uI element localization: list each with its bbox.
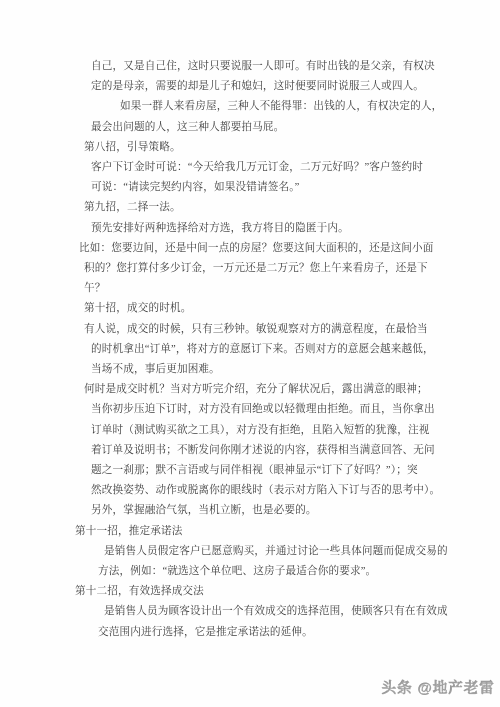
text-line: 交范围内进行选择，它是推定承诺法的延伸。	[98, 623, 500, 643]
text-line: 题之一刹那；默不言语或与同伴相视（眼神显示“订下了好吗？”）；突	[91, 461, 500, 481]
text-line: 另外，掌握融洽气氛，当机立断，也是必要的。	[91, 501, 500, 521]
text-line: 积的？您打算付多少订金，一万元还是二万元？您上午来看房子，还是下	[84, 259, 500, 279]
text-line: 第九招，二择一法。	[84, 198, 500, 218]
text-line: 午？	[84, 279, 500, 299]
text-line: 客户下订金时可说：“今天给我几万元订金，二万元好吗？”客户签约时	[91, 158, 500, 178]
text-line: 第八招，引导策略。	[84, 138, 500, 158]
text-line: 方法，例如：“就选这个单位吧、这房子最适合你的要求”。	[98, 562, 500, 582]
text-line: 比如：您要边间，还是中间一点的房屋？您要这间大面积的，还是这间小面	[79, 239, 500, 259]
text-line: 自己，又是自己住，这时只要说服一人即可。有时出钱的是父亲，有权决	[91, 57, 500, 77]
text-line: 可说：“请读完契约内容，如果没错请签名。”	[91, 178, 500, 198]
text-line: 当你初步压迫下订时，对方没有回绝或以轻微理由拒绝。而且，当你拿出	[91, 400, 500, 420]
watermark: 头条 @地产老雷	[382, 677, 495, 698]
text-line: 最会出问题的人，这三种人都要拍马屁。	[91, 118, 500, 138]
text-line: 当场不成，事后更加困难。	[91, 360, 500, 380]
text-line: 第十一招，推定承诺法	[75, 522, 500, 542]
text-line: 预先安排好两种选择给对方选，我方将目的隐匿于内。	[91, 219, 500, 239]
text-line: 然改换姿势、动作或脱离你的眼线时（表示对方陷入下订与否的思考中）。	[91, 481, 500, 501]
document-page: 自己，又是自己住，这时只要说服一人即可。有时出钱的是父亲，有权决定的是母亲，需要…	[0, 0, 500, 707]
text-line: 第十二招，有效选择成交法	[75, 582, 500, 602]
text-line: 是销售人员假定客户已愿意购买，并通过讨论一些具体问题而促成交易的	[104, 542, 500, 562]
text-line: 何时是成交时机？当对方听完介绍，充分了解状况后，露出满意的眼神；	[84, 380, 500, 400]
text-line: 定的是母亲，需要的却是儿子和媳妇，这时便要同时说服三人或四人。	[91, 77, 500, 97]
text-line: 着订单及说明书；不断发问你刚才述说的内容，获得相当满意回答、无问	[91, 441, 500, 461]
text-line: 订单时（测试购买欲之工具），对方没有拒绝，且陷入短暂的犹豫，注视	[91, 421, 500, 441]
text-line: 的时机拿出“订单”，将对方的意愿订下来。否则对方的意愿会越来越低，	[91, 340, 500, 360]
text-line: 如果一群人来看房屋，三种人不能得罪：出钱的人，有权决定的人，	[120, 97, 500, 117]
document-text: 自己，又是自己住，这时只要说服一人即可。有时出钱的是父亲，有权决定的是母亲，需要…	[0, 57, 500, 643]
text-line: 是销售人员为顾客设计出一个有效成交的选择范围，使顾客只有在有效成	[104, 602, 500, 622]
text-line: 有人说，成交的时候，只有三秒钟。敏锐观察对方的满意程度，在最恰当	[84, 320, 500, 340]
text-line: 第十招，成交的时机。	[84, 299, 500, 319]
